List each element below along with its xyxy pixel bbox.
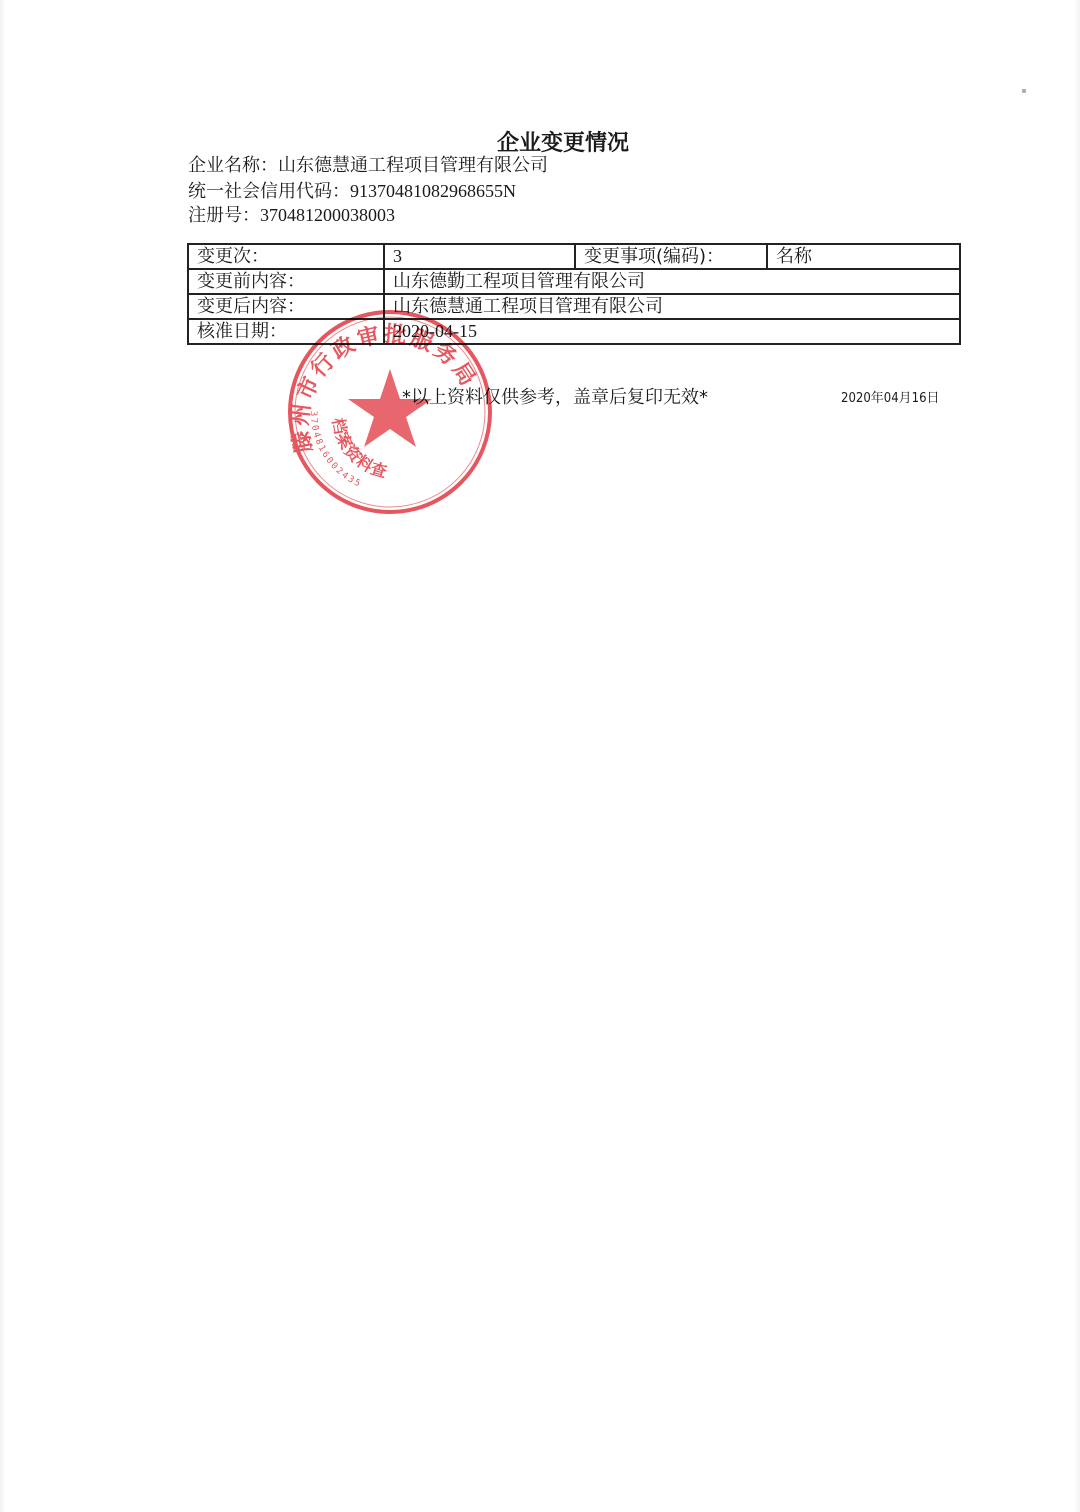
scan-speck (1022, 89, 1026, 93)
credit-code-label: 统一社会信用代码： (188, 181, 350, 202)
table-row-approval-date: 核准日期： 2020-04-15 (188, 319, 960, 344)
print-date: 2020年04月16日 (841, 387, 940, 406)
approval-date-value: 2020-04-15 (384, 319, 960, 344)
change-item-label: 变更事项(编码)： (575, 244, 767, 269)
registration-number-value: 370481200038003 (260, 205, 395, 225)
company-name-value: 山东德慧通工程项目管理有限公司 (278, 155, 548, 176)
credit-code-line: 统一社会信用代码：91370481082968655N (188, 180, 516, 203)
registration-number-label: 注册号： (188, 205, 260, 226)
before-content-value: 山东德勤工程项目管理有限公司 (384, 269, 960, 294)
credit-code-value: 91370481082968655N (350, 181, 516, 201)
table-row-change-count: 变更次： 3 变更事项(编码)： 名称 (188, 244, 960, 269)
approval-date-label: 核准日期： (188, 319, 384, 344)
table-row-after: 变更后内容： 山东德慧通工程项目管理有限公司 (188, 294, 960, 319)
document-title: 企业变更情况 (497, 126, 629, 157)
company-name-line: 企业名称：山东德慧通工程项目管理有限公司 (188, 155, 548, 177)
after-content-value: 山东德慧通工程项目管理有限公司 (384, 294, 960, 319)
change-count-value: 3 (384, 244, 575, 269)
company-name-label: 企业名称： (188, 155, 278, 176)
page-background (0, 0, 1080, 1512)
change-item-value: 名称 (767, 244, 960, 269)
change-count-label: 变更次： (188, 244, 384, 269)
before-content-label: 变更前内容： (188, 269, 384, 294)
registration-number-line: 注册号：370481200038003 (188, 204, 395, 227)
disclaimer-note: *以上资料仅供参考，盖章后复印无效* (402, 383, 708, 409)
change-record-table: 变更次： 3 变更事项(编码)： 名称 变更前内容： 山东德勤工程项目管理有限公… (187, 243, 961, 345)
after-content-label: 变更后内容： (188, 294, 384, 319)
table-row-before: 变更前内容： 山东德勤工程项目管理有限公司 (188, 269, 960, 294)
